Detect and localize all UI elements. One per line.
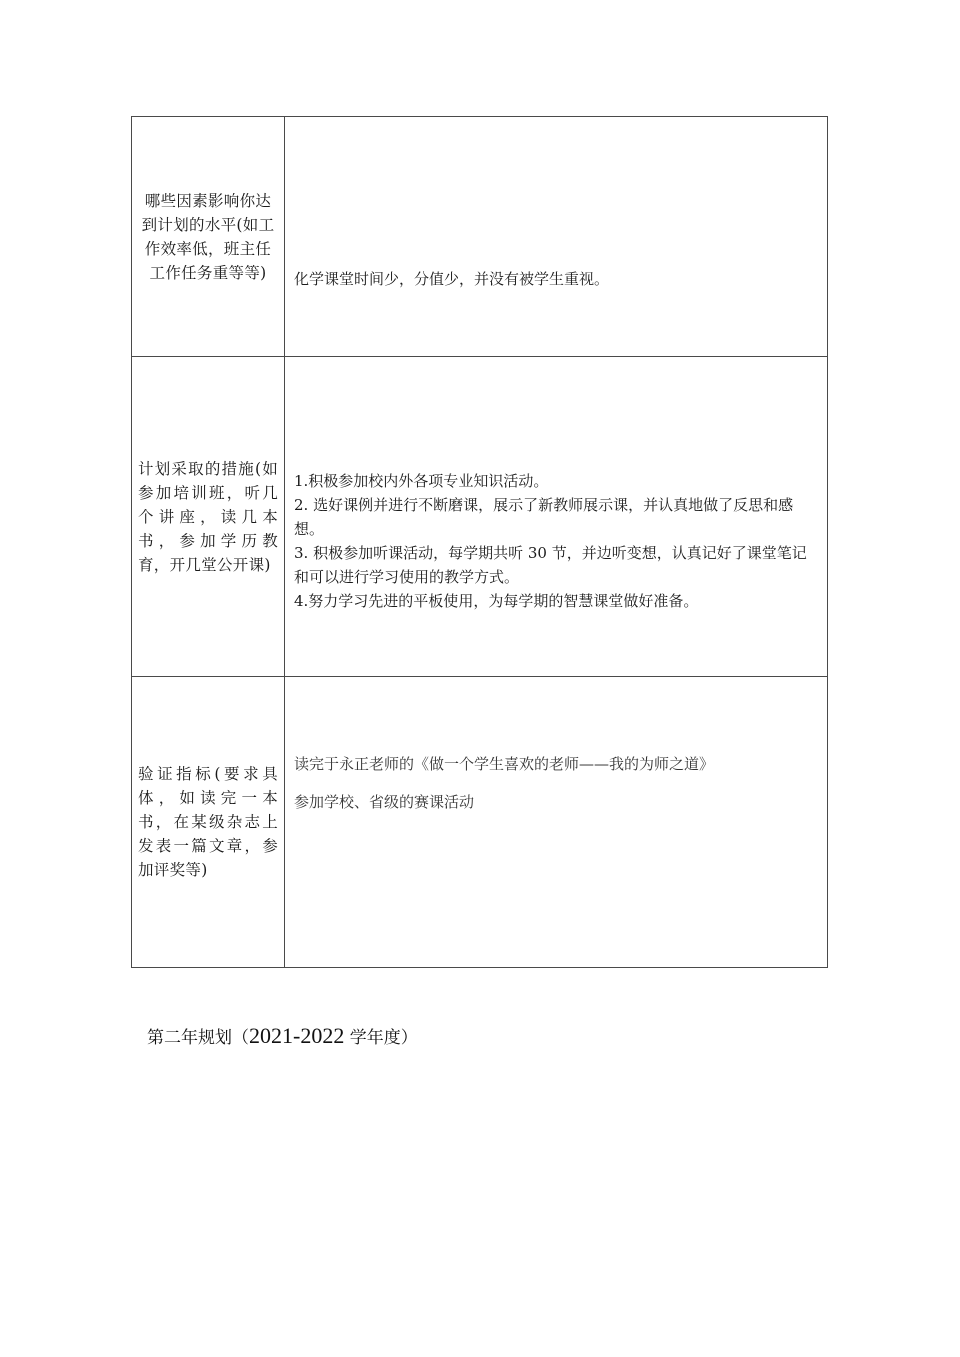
heading-years: 2021-2022 [249,1023,344,1048]
indicator-item: 读完于永正老师的《做一个学生喜欢的老师——我的为师之道》 [294,752,819,776]
row-label-factors: 哪些因素影响你达到计划的水平(如工作效率低，班主任工作任务重等等) [132,117,285,357]
table-row-indicators: 验证指标(要求具体，如读完一本书，在某级杂志上发表一篇文章，参加评奖等) 读完于… [132,677,828,968]
section-heading-year-two: 第二年规划（2021-2022 学年度） [147,1023,418,1049]
heading-suffix: 学年度） [344,1028,417,1048]
row-content-indicators: 读完于永正老师的《做一个学生喜欢的老师——我的为师之道》 参加学校、省级的赛课活… [285,677,828,968]
plan-table: 哪些因素影响你达到计划的水平(如工作效率低，班主任工作任务重等等) 化学课堂时间… [131,116,828,968]
row-label-indicators: 验证指标(要求具体，如读完一本书，在某级杂志上发表一篇文章，参加评奖等) [132,677,285,968]
table-row-factors: 哪些因素影响你达到计划的水平(如工作效率低，班主任工作任务重等等) 化学课堂时间… [132,117,828,357]
row-content-measures: 1.积极参加校内外各项专业知识活动。 2. 选好课例并进行不断磨课，展示了新教师… [285,357,828,677]
measure-item: 3. 积极参加听课活动，每学期共听 30 节，并边听变想，认真记好了课堂笔记和可… [294,541,819,589]
indicator-item: 参加学校、省级的赛课活动 [294,790,819,814]
table-row-measures: 计划采取的措施(如参加培训班，听几个讲座，读几本书，参加学历教育，开几堂公开课)… [132,357,828,677]
row-content-factors: 化学课堂时间少，分值少，并没有被学生重视。 [285,117,828,357]
row-label-measures: 计划采取的措施(如参加培训班，听几个讲座，读几本书，参加学历教育，开几堂公开课) [132,357,285,677]
measure-item: 4.努力学习先进的平板使用，为每学期的智慧课堂做好准备。 [294,589,819,613]
measure-item: 2. 选好课例并进行不断磨课，展示了新教师展示课，并认真地做了反思和感想。 [294,493,819,541]
factors-text: 化学课堂时间少，分值少，并没有被学生重视。 [294,267,819,291]
measure-item: 1.积极参加校内外各项专业知识活动。 [294,469,819,493]
heading-prefix: 第二年规划（ [147,1028,249,1048]
